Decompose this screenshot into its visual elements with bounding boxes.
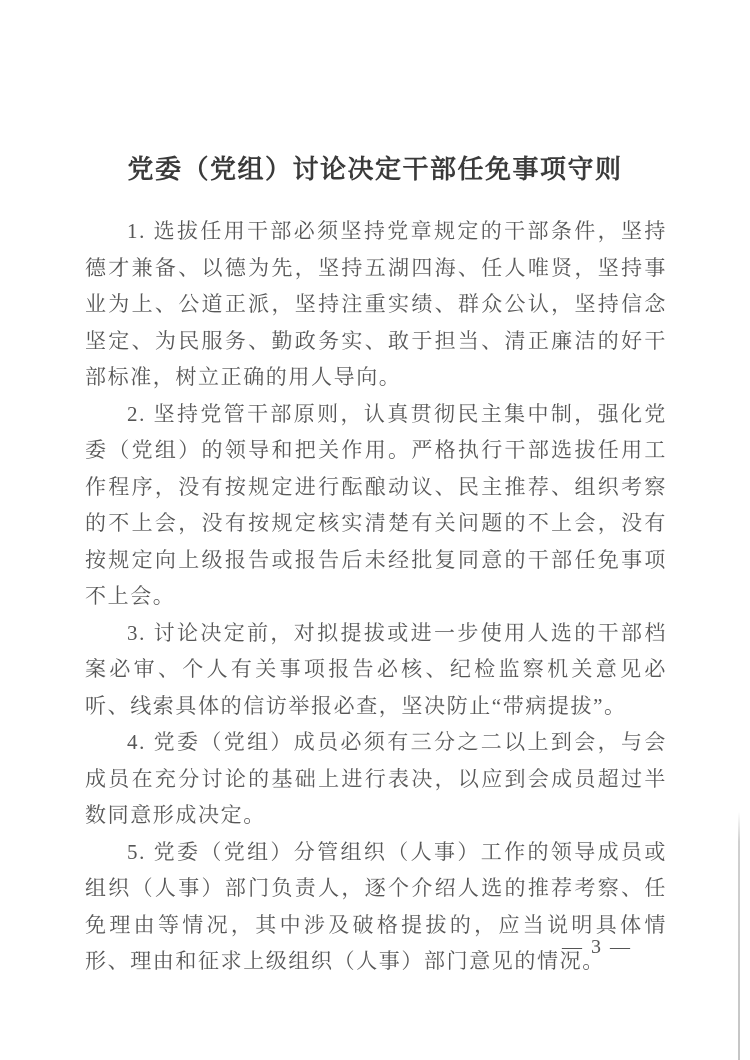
paragraph-4: 4. 党委（党组）成员必须有三分之二以上到会，与会成员在充分讨论的基础上进行表决… — [85, 724, 667, 834]
paragraph-2: 2. 坚持党管干部原则，认真贯彻民主集中制，强化党委（党组）的领导和把关作用。严… — [85, 396, 667, 615]
scan-edge-artifact — [738, 812, 740, 1060]
document-title: 党委（党组）讨论决定干部任免事项守则 — [0, 149, 750, 186]
document-page: 党委（党组）讨论决定干部任免事项守则 1. 选拔任用干部必须坚持党章规定的干部条… — [0, 0, 750, 1060]
document-body: 1. 选拔任用干部必须坚持党章规定的干部条件，坚持德才兼备、以德为先，坚持五湖四… — [85, 213, 667, 980]
paragraph-3: 3. 讨论决定前，对拟提拔或进一步使用人选的干部档案必审、个人有关事项报告必核、… — [85, 615, 667, 725]
paragraph-1: 1. 选拔任用干部必须坚持党章规定的干部条件，坚持德才兼备、以德为先，坚持五湖四… — [85, 213, 667, 396]
page-number: — 3 — — [562, 936, 632, 959]
